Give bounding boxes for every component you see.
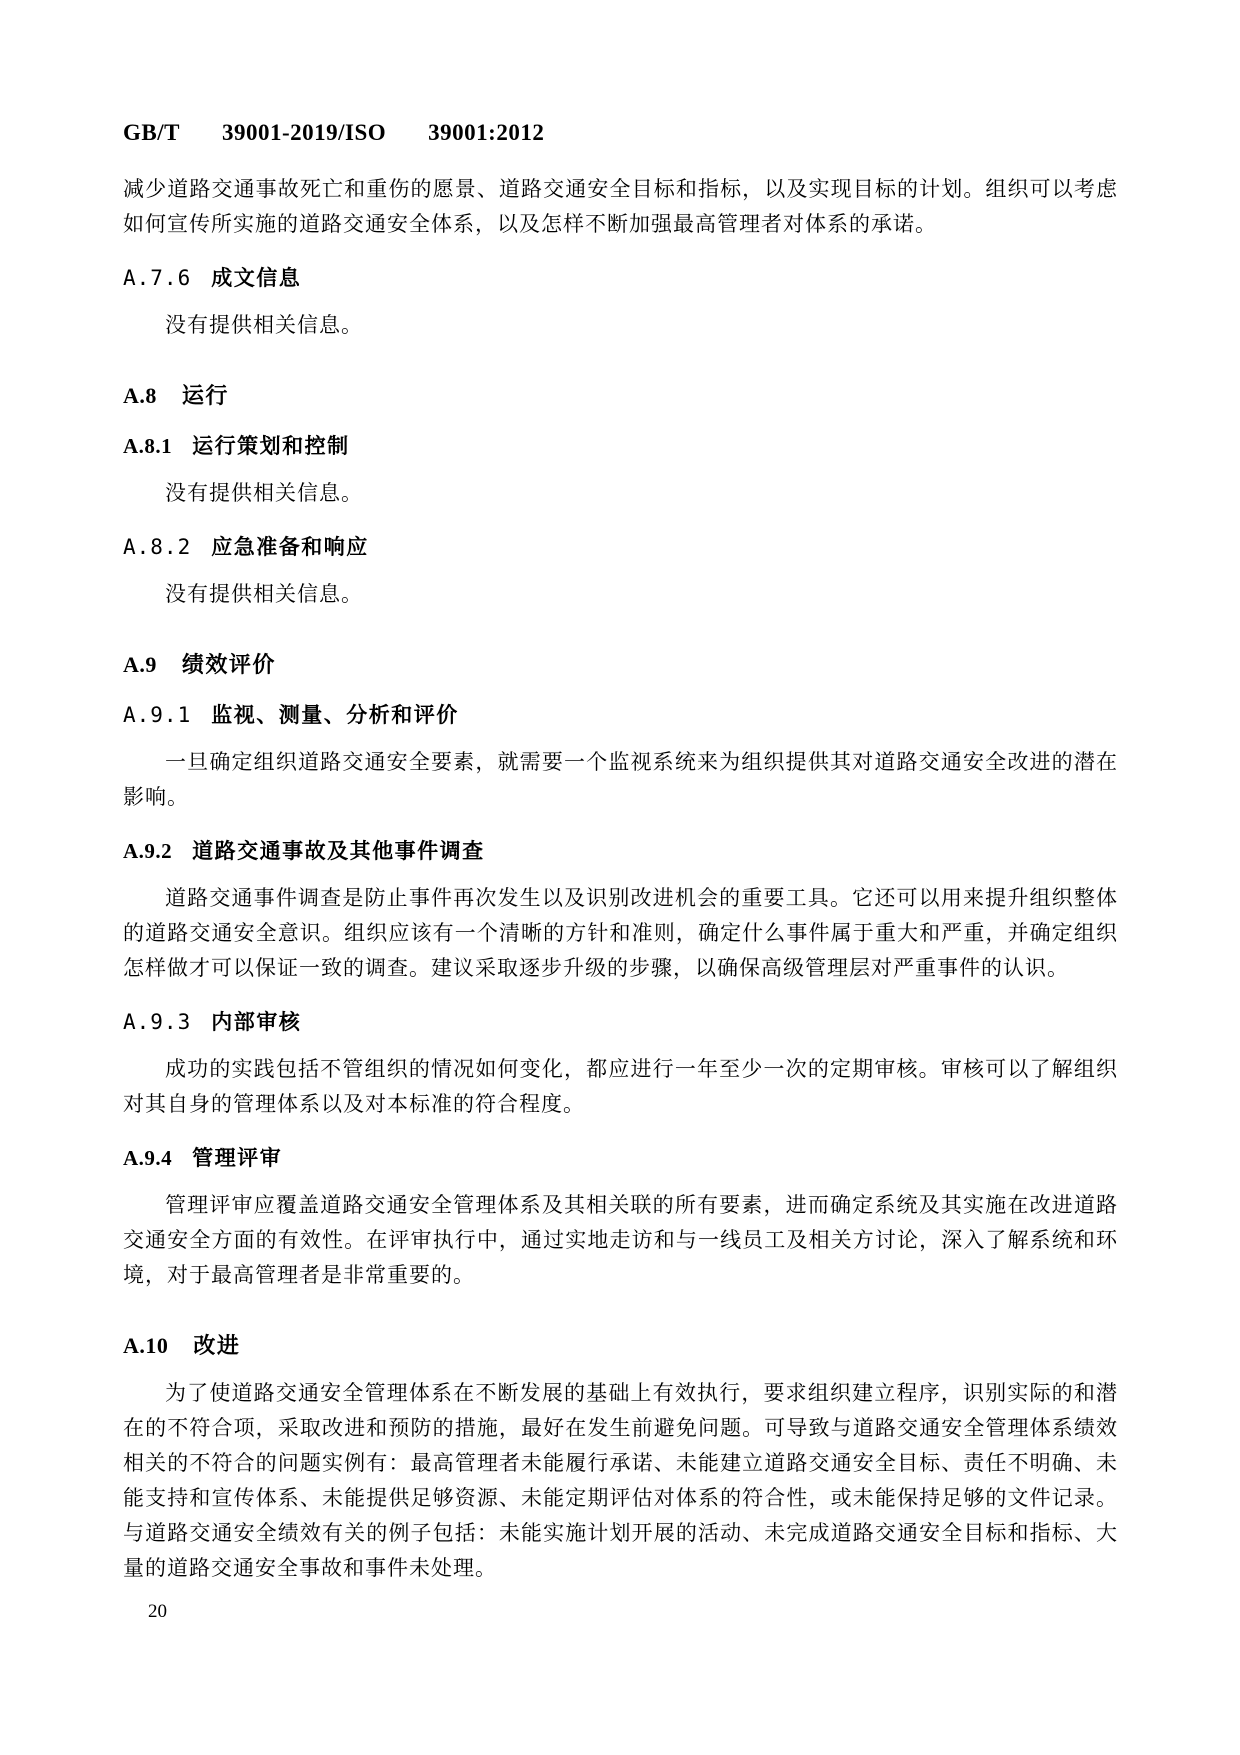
heading-title: 道路交通事故及其他事件调查 bbox=[192, 835, 485, 865]
paragraph: 一旦确定组织道路交通安全要素，就需要一个监视系统来为组织提供其对道路交通安全改进… bbox=[123, 745, 1118, 815]
subsection-heading: A.7.6成文信息 bbox=[123, 262, 1118, 292]
heading-number: A.8 bbox=[123, 383, 157, 409]
heading-title: 监视、测量、分析和评价 bbox=[211, 699, 459, 729]
document-page: GB/T 39001-2019/ISO 39001:2012 减少道路交通事故死… bbox=[0, 0, 1240, 1755]
heading-number: A.9.4 bbox=[123, 1146, 172, 1171]
paragraph: 没有提供相关信息。 bbox=[123, 308, 1118, 343]
heading-number: A.8.1 bbox=[123, 434, 172, 459]
section-heading: A.10改进 bbox=[123, 1329, 1118, 1360]
heading-number: A.7.6 bbox=[123, 266, 191, 290]
heading-title: 运行 bbox=[182, 379, 229, 410]
subsection-heading: A.9.2道路交通事故及其他事件调查 bbox=[123, 835, 1118, 865]
heading-title: 绩效评价 bbox=[182, 648, 276, 679]
heading-number: A.9.2 bbox=[123, 839, 172, 864]
section-heading: A.8运行 bbox=[123, 379, 1118, 410]
subsection-heading: A.9.1监视、测量、分析和评价 bbox=[123, 699, 1118, 729]
heading-number: A.9.3 bbox=[123, 1010, 191, 1034]
paragraph: 成功的实践包括不管组织的情况如何变化，都应进行一年至少一次的定期审核。审核可以了… bbox=[123, 1052, 1118, 1122]
paragraph: 为了使道路交通安全管理体系在不断发展的基础上有效执行，要求组织建立程序，识别实际… bbox=[123, 1376, 1118, 1586]
section-heading: A.9绩效评价 bbox=[123, 648, 1118, 679]
heading-title: 管理评审 bbox=[192, 1142, 282, 1172]
heading-number: A.9.1 bbox=[123, 703, 191, 727]
standard-code-number: 39001-2019/ISO bbox=[222, 118, 386, 148]
page-header: GB/T 39001-2019/ISO 39001:2012 bbox=[123, 118, 1118, 148]
paragraph: 管理评审应覆盖道路交通安全管理体系及其相关联的所有要素，进而确定系统及其实施在改… bbox=[123, 1188, 1118, 1293]
standard-code-gbt: GB/T bbox=[123, 118, 180, 148]
heading-number: A.10 bbox=[123, 1333, 168, 1359]
subsection-heading: A.8.2应急准备和响应 bbox=[123, 531, 1118, 561]
heading-title: 运行策划和控制 bbox=[192, 430, 350, 460]
standard-code-iso: 39001:2012 bbox=[428, 118, 544, 148]
heading-title: 内部审核 bbox=[211, 1006, 301, 1036]
heading-number: A.8.2 bbox=[123, 535, 191, 559]
document-body: 减少道路交通事故死亡和重伤的愿景、道路交通安全目标和指标，以及实现目标的计划。组… bbox=[123, 172, 1118, 1586]
subsection-heading: A.9.4管理评审 bbox=[123, 1142, 1118, 1172]
heading-title: 成文信息 bbox=[211, 262, 301, 292]
paragraph: 道路交通事件调查是防止事件再次发生以及识别改进机会的重要工具。它还可以用来提升组… bbox=[123, 881, 1118, 986]
heading-number: A.9 bbox=[123, 652, 157, 678]
heading-title: 应急准备和响应 bbox=[211, 531, 369, 561]
subsection-heading: A.8.1运行策划和控制 bbox=[123, 430, 1118, 460]
heading-title: 改进 bbox=[193, 1329, 240, 1360]
paragraph: 没有提供相关信息。 bbox=[123, 476, 1118, 511]
paragraph: 减少道路交通事故死亡和重伤的愿景、道路交通安全目标和指标，以及实现目标的计划。组… bbox=[123, 172, 1118, 242]
subsection-heading: A.9.3内部审核 bbox=[123, 1006, 1118, 1036]
paragraph: 没有提供相关信息。 bbox=[123, 577, 1118, 612]
page-number: 20 bbox=[148, 1600, 167, 1624]
